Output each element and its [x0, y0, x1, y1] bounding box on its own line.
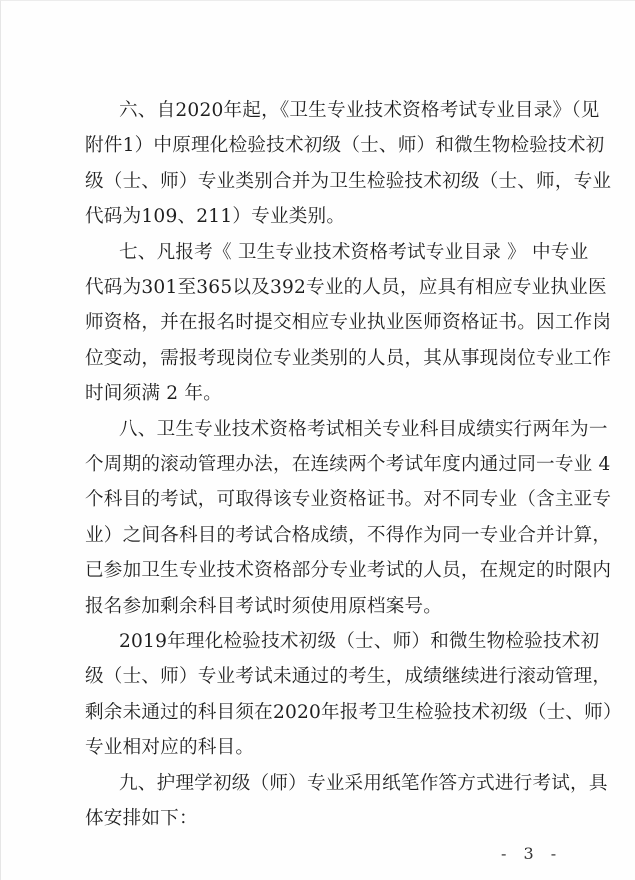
page-number: - 3 -: [501, 844, 562, 864]
section-7-line-5: 时间须满 2 年。: [85, 382, 563, 406]
section-8-line-5: 已参加卫生专业技术资格部分专业考试的人员，在规定的时限内: [85, 559, 563, 583]
section-8-line-2: 个周期的滚动管理办法，在连续两个考试年度内通过同一专业 4: [85, 453, 563, 477]
section-7-line-1: 七、凡报考《 卫生专业技术资格考试专业目录 》 中专业: [119, 241, 563, 265]
section-8-line-6: 报名参加剩余科目考试时须使用原档案号。: [85, 595, 563, 619]
section-6-line-4: 代码为109、211）专业类别。: [85, 205, 563, 229]
section-9-line-1: 九、护理学初级（师）专业采用纸笔作答方式进行考试，具: [119, 772, 563, 796]
section-7-line-4: 位变动，需报考现岗位专业类别的人员，其从事现岗位专业工作: [85, 347, 563, 371]
section-8-line-3: 个科目的考试，可取得该专业资格证书。对不同专业（含主亚专: [85, 488, 563, 512]
section-6-line-2: 附件1）中原理化检验技术初级（士、师）和微生物检验技术初: [85, 134, 563, 158]
section-8-note-line-1: 2019年理化检验技术初级（士、师）和微生物检验技术初: [119, 630, 563, 654]
section-8-line-4: 业）之间各科目的考试合格成绩，不得作为同一专业合并计算，: [85, 524, 563, 548]
document-page: 六、自2020年起，《卫生专业技术资格考试专业目录》（见 附件1）中原理化检验技…: [0, 0, 635, 880]
section-6-line-3: 级（士、师）专业类别合并为卫生检验技术初级（士、师，专业: [85, 170, 563, 194]
section-8-note-line-2: 级（士、师）专业考试未通过的考生，成绩继续进行滚动管理，: [85, 665, 563, 689]
section-7-line-2: 代码为301至365以及392专业的人员，应具有相应专业执业医: [85, 276, 563, 300]
section-8-note-line-4: 专业相对应的科目。: [85, 736, 563, 760]
section-7-line-3: 师资格，并在报名时提交相应专业执业医师资格证书。因工作岗: [85, 311, 563, 335]
section-9-line-2: 体安排如下：: [85, 807, 563, 831]
section-8-line-1: 八、卫生专业技术资格考试相关专业科目成绩实行两年为一: [119, 418, 563, 442]
section-6-line-1: 六、自2020年起，《卫生专业技术资格考试专业目录》（见: [119, 99, 563, 123]
section-8-note-line-3: 剩余未通过的科目须在2020年报考卫生检验技术初级（士、师）: [85, 701, 563, 725]
